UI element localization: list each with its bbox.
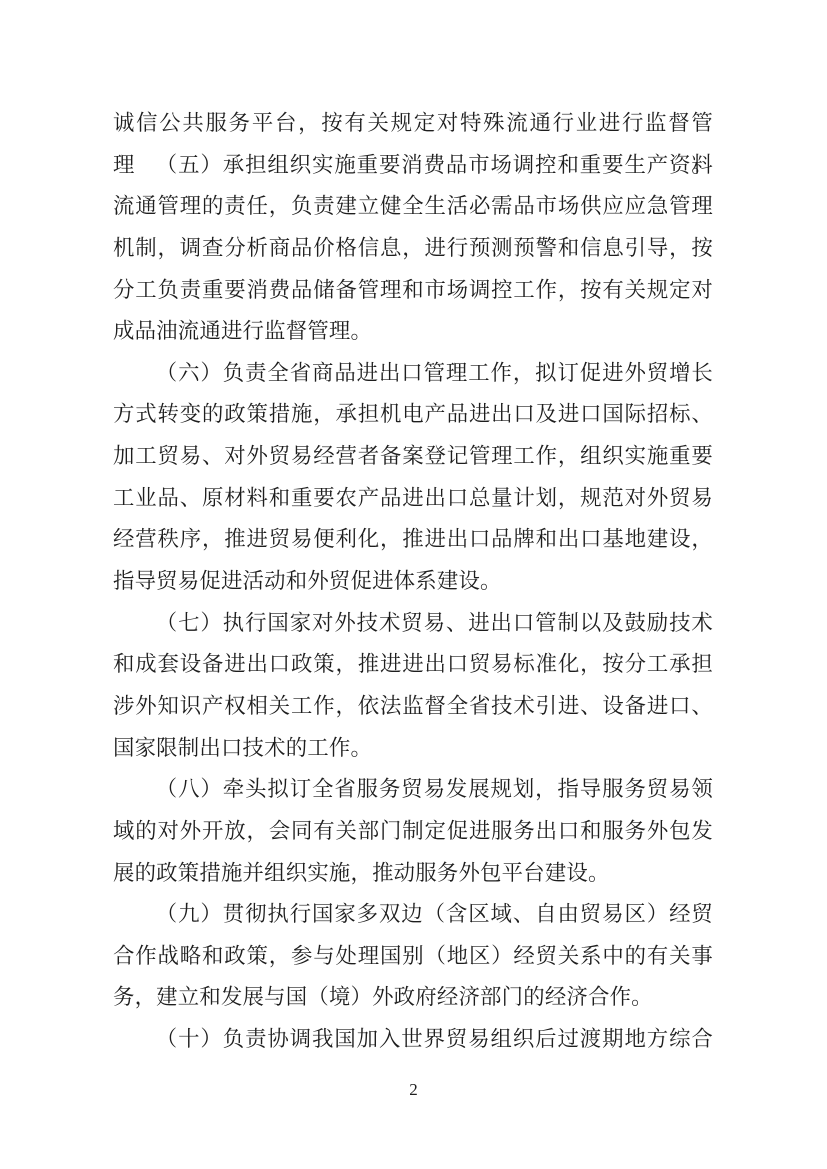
text-line: 指导贸易促进活动和外贸促进体系建设。: [113, 561, 713, 603]
text-line: 和成套设备进出口政策，推进进出口贸易标准化，按分工承担: [113, 644, 713, 686]
text-line: 涉外知识产权相关工作，依法监督全省技术引进、设备进口、: [113, 686, 713, 728]
text-line: （七）执行国家对外技术贸易、进出口管制以及鼓励技术: [113, 603, 713, 645]
text-line: （十）负责协调我国加入世界贸易组织后过渡期地方综合: [113, 1019, 713, 1061]
text-line: （八）牵头拟订全省服务贸易发展规划，指导服务贸易领: [113, 769, 713, 811]
document-body: 诚信公共服务平台，按有关规定对特殊流通行业进行监督管理。（五）承担组织实施重要消…: [113, 103, 713, 1061]
text-line: 加工贸易、对外贸易经营者备案登记管理工作，组织实施重要: [113, 436, 713, 478]
text-line: 流通管理的责任，负责建立健全生活必需品市场供应应急管理: [113, 186, 713, 228]
text-line: 方式转变的政策措施，承担机电产品进出口及进口国际招标、: [113, 394, 713, 436]
text-line: 国家限制出口技术的工作。: [113, 728, 713, 770]
text-line: 机制，调查分析商品价格信息，进行预测预警和信息引导，按: [113, 228, 713, 270]
text-line: 务，建立和发展与国（境）外政府经济部门的经济合作。: [113, 977, 713, 1019]
text-line: 工业品、原材料和重要农产品进出口总量计划，规范对外贸易: [113, 478, 713, 520]
document-page: 诚信公共服务平台，按有关规定对特殊流通行业进行监督管理。（五）承担组织实施重要消…: [0, 0, 827, 1169]
text-line: 域的对外开放，会同有关部门制定促进服务出口和服务外包发: [113, 811, 713, 853]
text-line: （六）负责全省商品进出口管理工作，拟订促进外贸增长: [113, 353, 713, 395]
text-line: 展的政策措施并组织实施，推动服务外包平台建设。: [113, 853, 713, 895]
page-number: 2: [0, 1078, 827, 1102]
text-line: （五）承担组织实施重要消费品市场调控和重要生产资料: [113, 145, 713, 187]
text-line: 诚信公共服务平台，按有关规定对特殊流通行业进行监督管理。: [113, 103, 713, 145]
text-line: 合作战略和政策，参与处理国别（地区）经贸关系中的有关事: [113, 936, 713, 978]
text-line: 成品油流通进行监督管理。: [113, 311, 713, 353]
text-line: 经营秩序，推进贸易便利化，推进出口品牌和出口基地建设，: [113, 519, 713, 561]
text-line: （九）贯彻执行国家多双边（含区域、自由贸易区）经贸: [113, 894, 713, 936]
text-line: 分工负责重要消费品储备管理和市场调控工作，按有关规定对: [113, 270, 713, 312]
